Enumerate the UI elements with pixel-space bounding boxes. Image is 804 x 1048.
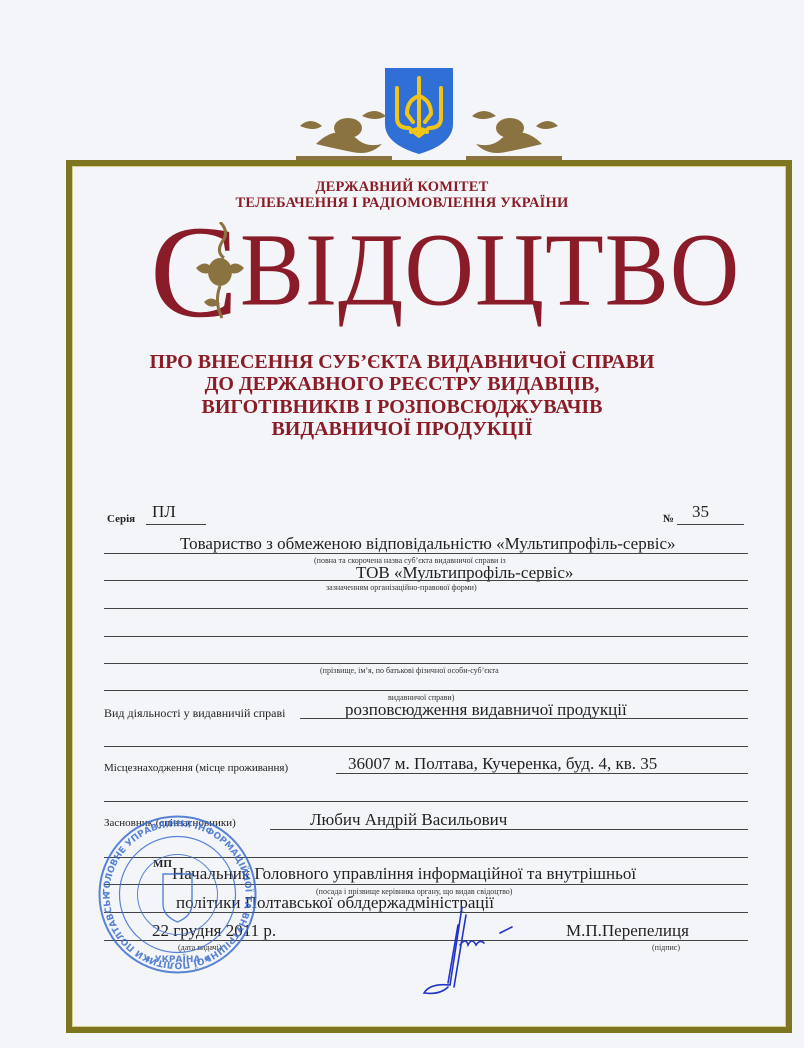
coat-of-arms-icon [383, 66, 455, 156]
floral-ornament-right-icon [466, 104, 562, 160]
person-note: (прізвище, ім’я, по батькові фізичної ос… [320, 666, 499, 675]
series-label: Серія [107, 513, 135, 525]
short-name-note: зазначенням організаційно-правової форми… [326, 583, 477, 592]
handwritten-signature-icon [420, 905, 530, 1000]
number-label: № [663, 513, 674, 525]
subtitle-line1: ПРО ВНЕСЕННЯ СУБ’ЄКТА ВИДАВНИЧОЇ СПРАВИ [0, 351, 804, 374]
agency-name-line2: ТЕЛЕБАЧЕННЯ І РАДІОМОВЛЕННЯ УКРАЇНИ [0, 195, 804, 212]
series-value: ПЛ [152, 502, 176, 522]
subtitle-line4: ВИДАВНИЧОЇ ПРОДУКЦІЇ [0, 418, 804, 441]
official-stamp-icon: ГОЛОВНЕ УПРАВЛІННЯ ІНФОРМАЦІЙНОЇ ТА ВНУТ… [95, 812, 260, 977]
activity-label: Вид діяльності у видавничій справі [104, 706, 285, 721]
certificate-title: С ВІДОЦТВО [150, 212, 710, 332]
founder-value: Любич Андрій Васильович [310, 810, 507, 830]
floral-ornament-left-icon [296, 104, 392, 160]
subtitle-line3: ВИГОТІВНИКІВ І РОЗПОВСЮДЖУВАЧІВ [0, 396, 804, 419]
activity-value: розповсюдження видавничої продукції [345, 700, 627, 720]
agency-name-line1: ДЕРЖАВНИЙ КОМІТЕТ [0, 179, 804, 196]
title-text: ВІДОЦТВО [240, 218, 740, 322]
location-label: Місцезнаходження (місце проживання) [104, 762, 288, 774]
full-name-value: Товариство з обмеженою відповідальністю … [180, 534, 676, 554]
signature-note: (підпис) [652, 943, 680, 952]
location-value: 36007 м. Полтава, Кучеренка, буд. 4, кв.… [348, 754, 657, 774]
subtitle-line2: ДО ДЕРЖАВНОГО РЕЄСТРУ ВИДАВЦІВ, [0, 373, 804, 396]
number-value: 35 [692, 502, 709, 522]
stamp-bottom-text: ★ УКРАЇНА ★ [143, 954, 211, 965]
signatory-name: М.П.Перепелиця [566, 921, 689, 941]
